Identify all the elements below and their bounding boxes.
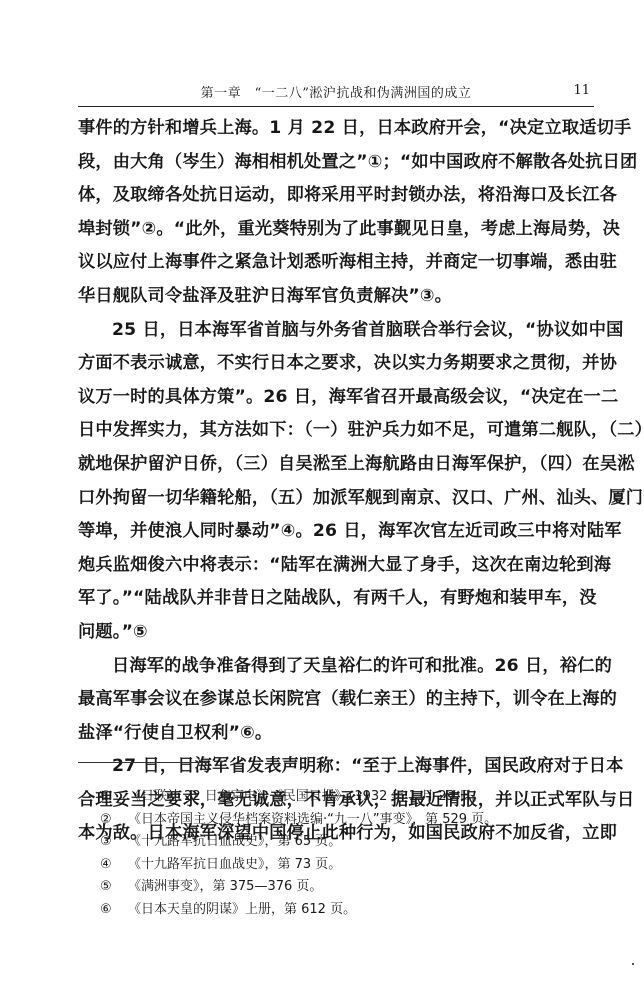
footnote-divider bbox=[78, 762, 208, 763]
footnote-number: ③ bbox=[100, 831, 128, 854]
footnote: ⑤ 《满洲事变》，第 375—376 页。 bbox=[100, 876, 580, 899]
scan-speck bbox=[632, 963, 634, 965]
footnote: ⑥ 《日本天皇的阴谋》上册，第 612 页。 bbox=[100, 899, 580, 922]
footnote: ④ 《十九路军抗日血战史》，第 73 页。 bbox=[100, 854, 580, 877]
text-line: 就地保护留沪日侨，（三）自吴淞至上海航路由日海军保护，（四）在吴淞 bbox=[78, 448, 596, 482]
text-line: 炮兵监畑俊六中将表示：“陆军在满洲大显了身手，这次在南边轮到海 bbox=[78, 549, 596, 583]
footnote-number: ⑤ bbox=[100, 876, 128, 899]
footnote-text: 《十九路军抗日血战史》，第 73 页。 bbox=[128, 854, 341, 877]
chapter-title: 第一章 “一二八”淞沪抗战和伪满洲国的成立 bbox=[78, 82, 594, 101]
footnote-number: ④ bbox=[100, 854, 128, 877]
running-header: 第一章 “一二八”淞沪抗战和伪满洲国的成立 11 bbox=[78, 78, 594, 107]
text-line: 盐泽“行使自卫权利”⑥。 bbox=[78, 717, 596, 751]
footnote-text: 《十九路军抗日血战史》，第 65 页。 bbox=[128, 831, 341, 854]
text-line: 华日舰队司令盐泽及驻沪日海军官负责解决”③。 bbox=[78, 280, 596, 314]
footnote-text: 《日本帝国主义侵华档案资料选编·“九一八”事变》，第 529 页。 bbox=[128, 809, 497, 832]
text-line: 体，及取缔各处抗日运动，即将采用平时封锁办法，将沿海口及长江各 bbox=[78, 179, 596, 213]
footnote-text: 《日联社 22 日东京电》，《民国日报》，1932 年 1 月 23 日。 bbox=[128, 786, 485, 809]
page-number: 11 bbox=[573, 83, 590, 98]
footnotes: ① 《日联社 22 日东京电》，《民国日报》，1932 年 1 月 23 日。 … bbox=[100, 786, 580, 921]
footnote: ① 《日联社 22 日东京电》，《民国日报》，1932 年 1 月 23 日。 bbox=[100, 786, 580, 809]
text-line: 问题。”⑤ bbox=[78, 616, 596, 650]
text-line: 段，由大角（岑生）海相相机处置之”①；“如中国政府不解散各处抗日团 bbox=[78, 146, 596, 180]
text-line: 方面不表示诚意，不实行日本之要求，决以实力务期要求之贯彻，并协 bbox=[78, 347, 596, 381]
text-line: 议万一时的具体方策”。26 日，海军省召开最高级会议，“决定在一二 bbox=[78, 381, 596, 415]
footnote-number: ① bbox=[100, 786, 128, 809]
footnote-number: ⑥ bbox=[100, 899, 128, 922]
paragraph-start-line: 日海军的战争准备得到了天皇裕仁的许可和批准。26 日，裕仁的 bbox=[78, 650, 596, 684]
text-line: 等埠，并使浪人同时暴动”④。26 日，海军次官左近司政三中将对陆军 bbox=[78, 515, 596, 549]
footnote: ② 《日本帝国主义侵华档案资料选编·“九一八”事变》，第 529 页。 bbox=[100, 809, 580, 832]
paragraph-start-line: 27 日，日海军省发表声明称：“至于上海事件，国民政府对于日本 bbox=[78, 750, 596, 784]
footnote: ③ 《十九路军抗日血战史》，第 65 页。 bbox=[100, 831, 580, 854]
text-line: 军了。”“陆战队并非昔日之陆战队，有两千人，有野炮和装甲车，没 bbox=[78, 582, 596, 616]
text-line: 口外拘留一切华籍轮船，（五）加派军舰到南京、汉口、广州、汕头、厦门 bbox=[78, 482, 596, 516]
text-line: 日中发挥实力，其方法如下：（一）驻沪兵力如不足，可遣第二舰队，（二） bbox=[78, 414, 596, 448]
footnote-number: ② bbox=[100, 809, 128, 832]
paragraph-start-line: 25 日，日本海军省首脑与外务省首脑联合举行会议，“协议如中国 bbox=[78, 314, 596, 348]
text-line: 议以应付上海事件之紧急计划悉听海相主持，并商定一切事端，悉由驻 bbox=[78, 246, 596, 280]
text-line: 最高军事会议在参谋总长闲院宫（载仁亲王）的主持下，训令在上海的 bbox=[78, 683, 596, 717]
text-line: 埠封锁”②。“此外，重光葵特别为了此事觐见日皇，考虑上海局势，决 bbox=[78, 213, 596, 247]
text-line: 事件的方针和增兵上海。1 月 22 日，日本政府开会，“决定立取适切手 bbox=[78, 112, 596, 146]
footnote-text: 《满洲事变》，第 375—376 页。 bbox=[128, 876, 322, 899]
footnote-text: 《日本天皇的阴谋》上册，第 612 页。 bbox=[128, 899, 356, 922]
body-text: 事件的方针和增兵上海。1 月 22 日，日本政府开会，“决定立取适切手 段，由大… bbox=[78, 112, 596, 851]
